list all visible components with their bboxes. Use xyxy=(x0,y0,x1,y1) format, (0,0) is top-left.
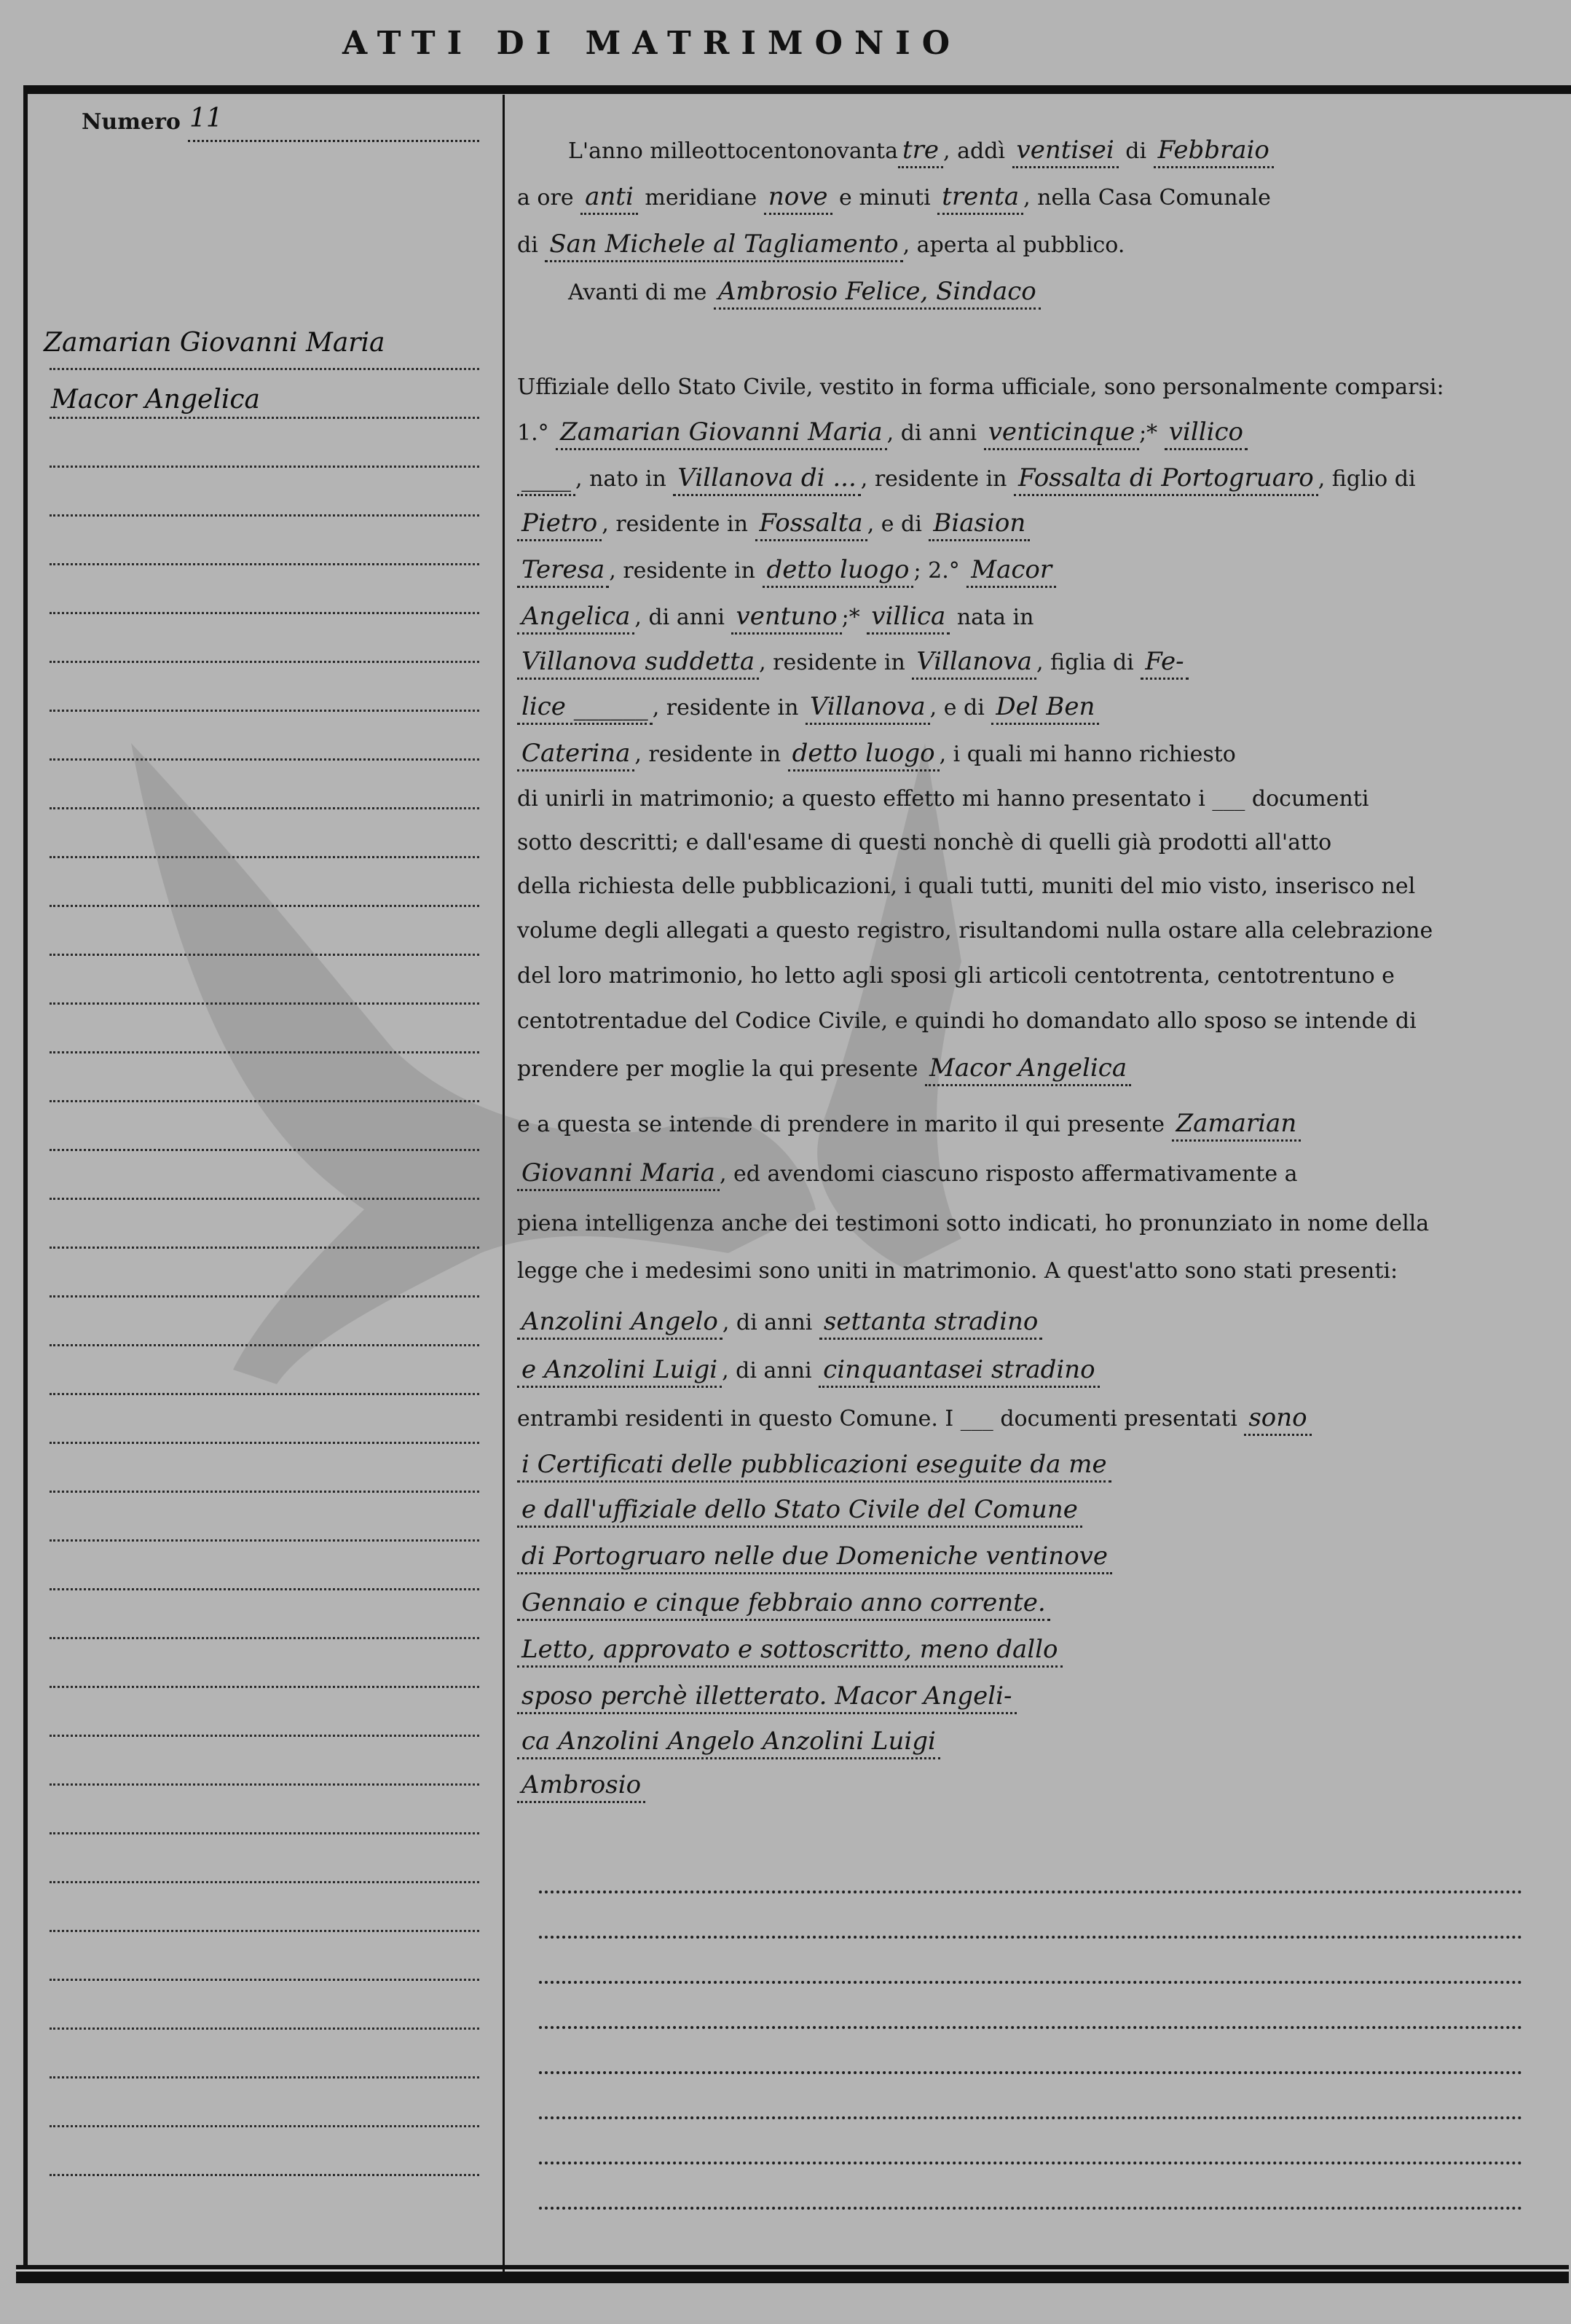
handwritten-entry: Anzolini Angelo xyxy=(517,1306,722,1340)
margin-rule xyxy=(50,1783,479,1786)
printed-text: Uffiziale dello Stato Civile, vestito in… xyxy=(517,374,1444,400)
act-text-line: Letto, approvato e sottoscritto, meno da… xyxy=(517,1629,1529,1673)
handwritten-entry: trenta xyxy=(937,181,1023,215)
handwritten-entry: Biasion xyxy=(929,507,1030,541)
act-text-line: Giovanni Maria, ed avendomi ciascuno ris… xyxy=(517,1153,1529,1196)
handwritten-entry: e dall'uffiziale dello Stato Civile del … xyxy=(517,1493,1082,1528)
margin-rule xyxy=(50,1442,479,1444)
handwritten-entry: Febbraio xyxy=(1154,134,1274,168)
act-text-line: ca Anzolini Angelo Anzolini Luigi xyxy=(517,1721,1529,1764)
margin-rule xyxy=(50,417,479,419)
printed-text: , nella Casa Comunale xyxy=(1023,185,1271,211)
printed-text: , e di xyxy=(930,695,992,721)
handwritten-entry: Zamarian xyxy=(1172,1107,1302,1142)
handwritten-entry: nove xyxy=(764,181,832,215)
margin-rule xyxy=(50,1637,479,1639)
handwritten-entry: Villanova di ... xyxy=(673,462,860,496)
margin-rule xyxy=(50,563,479,565)
printed-text: , di anni xyxy=(887,420,984,446)
margin-rule xyxy=(50,1930,479,1932)
margin-rule xyxy=(50,1051,479,1053)
handwritten-entry: Teresa xyxy=(517,554,609,588)
blank-ruled-line xyxy=(539,2026,1522,2029)
act-text-line: 1.° Zamarian Giovanni Maria, di anni ven… xyxy=(517,412,1529,455)
printed-text: ;* xyxy=(1139,420,1165,446)
margin-rule xyxy=(50,466,479,468)
margin-bride-name: Macor Angelica xyxy=(51,385,260,415)
margin-rule xyxy=(50,2027,479,2030)
printed-text: di xyxy=(1119,138,1154,164)
printed-text: ;* xyxy=(842,605,867,630)
act-text-line: a ore anti meridiane nove e minuti trent… xyxy=(517,176,1529,220)
handwritten-entry: villica xyxy=(867,600,950,635)
printed-text: della richiesta delle pubblicazioni, i q… xyxy=(517,874,1415,899)
act-text-line: ____, nato in Villanova di ..., resident… xyxy=(517,458,1529,501)
margin-rule xyxy=(50,1149,479,1151)
margin-rule xyxy=(50,2076,479,2078)
margin-groom-name: Zamarian Giovanni Maria xyxy=(44,328,385,358)
act-text-line: Angelica, di anni ventuno;* villica nata… xyxy=(517,596,1529,640)
handwritten-entry: anti xyxy=(580,181,638,215)
act-text-line: della richiesta delle pubblicazioni, i q… xyxy=(517,865,1529,908)
handwritten-entry: Macor Angelica xyxy=(925,1052,1131,1086)
act-text-line: Pietro, residente in Fossalta, e di Bias… xyxy=(517,503,1529,546)
page-title: ATTI DI MATRIMONIO xyxy=(342,25,1253,62)
act-text-line: sposo perchè illetterato. Macor Angeli- xyxy=(517,1676,1529,1719)
handwritten-entry: ca Anzolini Angelo Anzolini Luigi xyxy=(517,1725,940,1759)
handwritten-entry: Angelica xyxy=(517,600,634,635)
blank-ruled-line xyxy=(539,2162,1522,2164)
handwritten-entry: Villanova xyxy=(912,645,1036,680)
act-text-line: Ambrosio xyxy=(517,1764,1529,1808)
margin-rule xyxy=(50,1832,479,1834)
handwritten-entry: Gennaio e cinque febbraio anno corrente. xyxy=(517,1587,1050,1621)
act-text-line: prendere per moglie la qui presente Maco… xyxy=(517,1048,1529,1091)
printed-text: , di anni xyxy=(634,605,731,630)
printed-text: di unirli in matrimonio; a questo effett… xyxy=(517,786,1369,812)
margin-rule xyxy=(50,1344,479,1346)
blank-ruled-line xyxy=(539,2116,1522,2119)
act-text-line: Caterina, residente in detto luogo, i qu… xyxy=(517,733,1529,777)
printed-text: , i quali mi hanno richiesto xyxy=(940,742,1236,767)
printed-text: ; 2.° xyxy=(913,558,966,584)
printed-text: volume degli allegati a questo registro,… xyxy=(517,918,1433,943)
handwritten-entry: ventisei xyxy=(1012,134,1119,168)
act-text-line: e a questa se intende di prendere in mar… xyxy=(517,1103,1529,1147)
act-text-line: piena intelligenza anche dei testimoni s… xyxy=(517,1202,1529,1246)
margin-rule xyxy=(50,1491,479,1493)
handwritten-entry: Del Ben xyxy=(991,691,1099,725)
handwritten-entry: sono xyxy=(1244,1402,1311,1436)
handwritten-entry: villico xyxy=(1165,416,1248,450)
act-text-line: legge che i medesimi sono uniti in matri… xyxy=(517,1249,1529,1293)
act-text-line: e dall'uffiziale dello Stato Civile del … xyxy=(517,1489,1529,1533)
margin-rule xyxy=(50,1295,479,1298)
act-text-line: L'anno milleottocentonovantatre, addì ve… xyxy=(568,130,1571,173)
handwritten-entry: Villanova xyxy=(806,691,930,725)
act-text-line: lice ______, residente in Villanova, e d… xyxy=(517,686,1529,730)
printed-text: , residente in xyxy=(602,511,755,537)
margin-rule xyxy=(50,1002,479,1005)
printed-text: , residente in xyxy=(609,558,762,584)
act-text-line: di Portogruaro nelle due Domeniche venti… xyxy=(517,1536,1529,1579)
column-divider xyxy=(503,95,505,2273)
handwritten-entry: Fossalta di Portogruaro xyxy=(1014,462,1318,496)
margin-rule xyxy=(50,2125,479,2127)
blank-ruled-line xyxy=(539,1936,1522,1939)
handwritten-entry: Zamarian Giovanni Maria xyxy=(556,416,886,450)
handwritten-entry: sposo perchè illetterato. Macor Angeli- xyxy=(517,1680,1017,1714)
printed-text: del loro matrimonio, ho letto agli sposi… xyxy=(517,963,1395,989)
blank-ruled-line xyxy=(539,2071,1522,2074)
margin-rule xyxy=(50,1588,479,1590)
handwritten-entry: Pietro xyxy=(517,507,602,541)
margin-rule xyxy=(50,1881,479,1883)
printed-text: , ed avendomi ciascuno risposto affermat… xyxy=(720,1161,1298,1187)
printed-text: e minuti xyxy=(832,185,938,211)
printed-text: , residente in xyxy=(759,650,912,675)
handwritten-entry: ventuno xyxy=(731,600,841,635)
printed-text: , figlia di xyxy=(1036,650,1141,675)
margin-rule xyxy=(50,710,479,712)
act-text-line: entrambi residenti in questo Comune. I _… xyxy=(517,1397,1529,1441)
handwritten-entry: tre xyxy=(898,134,943,168)
act-text-line: i Certificati delle pubblicazioni esegui… xyxy=(517,1444,1529,1488)
margin-rule xyxy=(50,368,479,370)
printed-text: sotto descritti; e dall'esame di questi … xyxy=(517,830,1331,855)
handwritten-entry: i Certificati delle pubblicazioni esegui… xyxy=(517,1448,1111,1483)
margin-rule xyxy=(50,2174,479,2176)
handwritten-entry: ____ xyxy=(517,462,575,496)
blank-ruled-line xyxy=(539,1981,1522,1984)
handwritten-entry: Letto, approvato e sottoscritto, meno da… xyxy=(517,1633,1063,1668)
handwritten-entry: e Anzolini Luigi xyxy=(517,1354,722,1388)
margin-rule xyxy=(50,661,479,663)
handwritten-entry: Ambrosio xyxy=(517,1769,645,1803)
margin-rule xyxy=(50,807,479,809)
printed-text: , aperta al pubblico. xyxy=(903,232,1125,258)
margin-rule xyxy=(50,758,479,761)
act-text-line: del loro matrimonio, ho letto agli sposi… xyxy=(517,954,1529,998)
blank-ruled-line xyxy=(539,1891,1522,1893)
handwritten-entry: Fossalta xyxy=(755,507,867,541)
act-text-line: centotrentadue del Codice Civile, e quin… xyxy=(517,1000,1529,1043)
printed-text: 1.° xyxy=(517,420,556,446)
handwritten-entry: di Portogruaro nelle due Domeniche venti… xyxy=(517,1540,1112,1574)
act-text-line: Avanti di me Ambrosio Felice, Sindaco xyxy=(568,271,1571,315)
printed-text: , residente in xyxy=(861,466,1014,492)
printed-text: Avanti di me xyxy=(568,280,714,305)
printed-text: nata in xyxy=(950,605,1033,630)
margin-rule xyxy=(50,1100,479,1102)
act-text-line: e Anzolini Luigi, di anni cinquantasei s… xyxy=(517,1349,1529,1393)
numero-label: Numero xyxy=(82,109,181,135)
margin-rule xyxy=(50,612,479,614)
printed-text: di xyxy=(517,232,545,258)
act-text-line: Teresa, residente in detto luogo; 2.° Ma… xyxy=(517,549,1529,593)
act-text-line: Gennaio e cinque febbraio anno corrente. xyxy=(517,1582,1529,1626)
act-text-line: di unirli in matrimonio; a questo effett… xyxy=(517,777,1529,821)
margin-rule xyxy=(50,856,479,858)
act-text-line: sotto descritti; e dall'esame di questi … xyxy=(517,821,1529,865)
margin-rule xyxy=(50,1979,479,1981)
handwritten-entry: cinquantasei stradino xyxy=(819,1354,1099,1388)
handwritten-entry: Macor xyxy=(966,554,1056,588)
printed-text: , nato in xyxy=(575,466,673,492)
printed-text: legge che i medesimi sono uniti in matri… xyxy=(517,1258,1398,1284)
act-text-line: volume degli allegati a questo registro,… xyxy=(517,909,1529,953)
printed-text: , di anni xyxy=(722,1310,819,1335)
act-text-line: Villanova suddetta, residente in Villano… xyxy=(517,641,1529,685)
margin-rule xyxy=(50,905,479,907)
handwritten-entry: lice ______ xyxy=(517,691,653,725)
margin-rule xyxy=(50,1686,479,1688)
margin-rule xyxy=(50,1393,479,1395)
margin-column xyxy=(36,95,495,2266)
printed-text: entrambi residenti in questo Comune. I _… xyxy=(517,1406,1244,1432)
blank-ruled-line xyxy=(539,2207,1522,2210)
handwritten-entry: San Michele al Tagliamento xyxy=(545,228,902,262)
handwritten-entry: detto luogo xyxy=(788,737,940,772)
numero-underline xyxy=(188,140,479,142)
act-text-line: Anzolini Angelo, di anni settanta stradi… xyxy=(517,1301,1529,1345)
handwritten-entry: Villanova suddetta xyxy=(517,645,759,680)
margin-rule xyxy=(50,1198,479,1200)
handwritten-entry: Caterina xyxy=(517,737,634,772)
printed-text: a ore xyxy=(517,185,580,211)
handwritten-entry: detto luogo xyxy=(763,554,914,588)
handwritten-entry: Giovanni Maria xyxy=(517,1157,720,1191)
frame-bottom-rule xyxy=(16,2269,1569,2283)
margin-rule xyxy=(50,1247,479,1249)
printed-text: e a questa se intende di prendere in mar… xyxy=(517,1112,1172,1137)
printed-text: , di anni xyxy=(722,1358,819,1383)
handwritten-entry: Ambrosio Felice, Sindaco xyxy=(714,275,1041,310)
margin-rule xyxy=(50,1539,479,1542)
printed-text: L'anno milleottocentonovanta xyxy=(568,138,898,164)
handwritten-entry: Fe- xyxy=(1141,645,1188,680)
printed-text: meridiane xyxy=(638,185,764,211)
act-text-line: Uffiziale dello Stato Civile, vestito in… xyxy=(517,366,1529,409)
margin-rule xyxy=(50,1735,479,1737)
printed-text: , addì xyxy=(943,138,1012,164)
printed-text: prendere per moglie la qui presente xyxy=(517,1056,925,1082)
printed-text: , e di xyxy=(867,511,929,537)
margin-rule xyxy=(50,514,479,517)
printed-text: , residente in xyxy=(634,742,787,767)
margin-rule xyxy=(50,954,479,956)
handwritten-entry: venticinque xyxy=(984,416,1139,450)
act-text-line: di San Michele al Tagliamento, aperta al… xyxy=(517,224,1529,267)
printed-text: piena intelligenza anche dei testimoni s… xyxy=(517,1211,1429,1236)
printed-text: centotrentadue del Codice Civile, e quin… xyxy=(517,1008,1417,1034)
handwritten-entry: settanta stradino xyxy=(819,1306,1042,1340)
numero-value: 11 xyxy=(189,103,223,133)
printed-text: , figlio di xyxy=(1318,466,1416,492)
printed-text: , residente in xyxy=(653,695,806,721)
